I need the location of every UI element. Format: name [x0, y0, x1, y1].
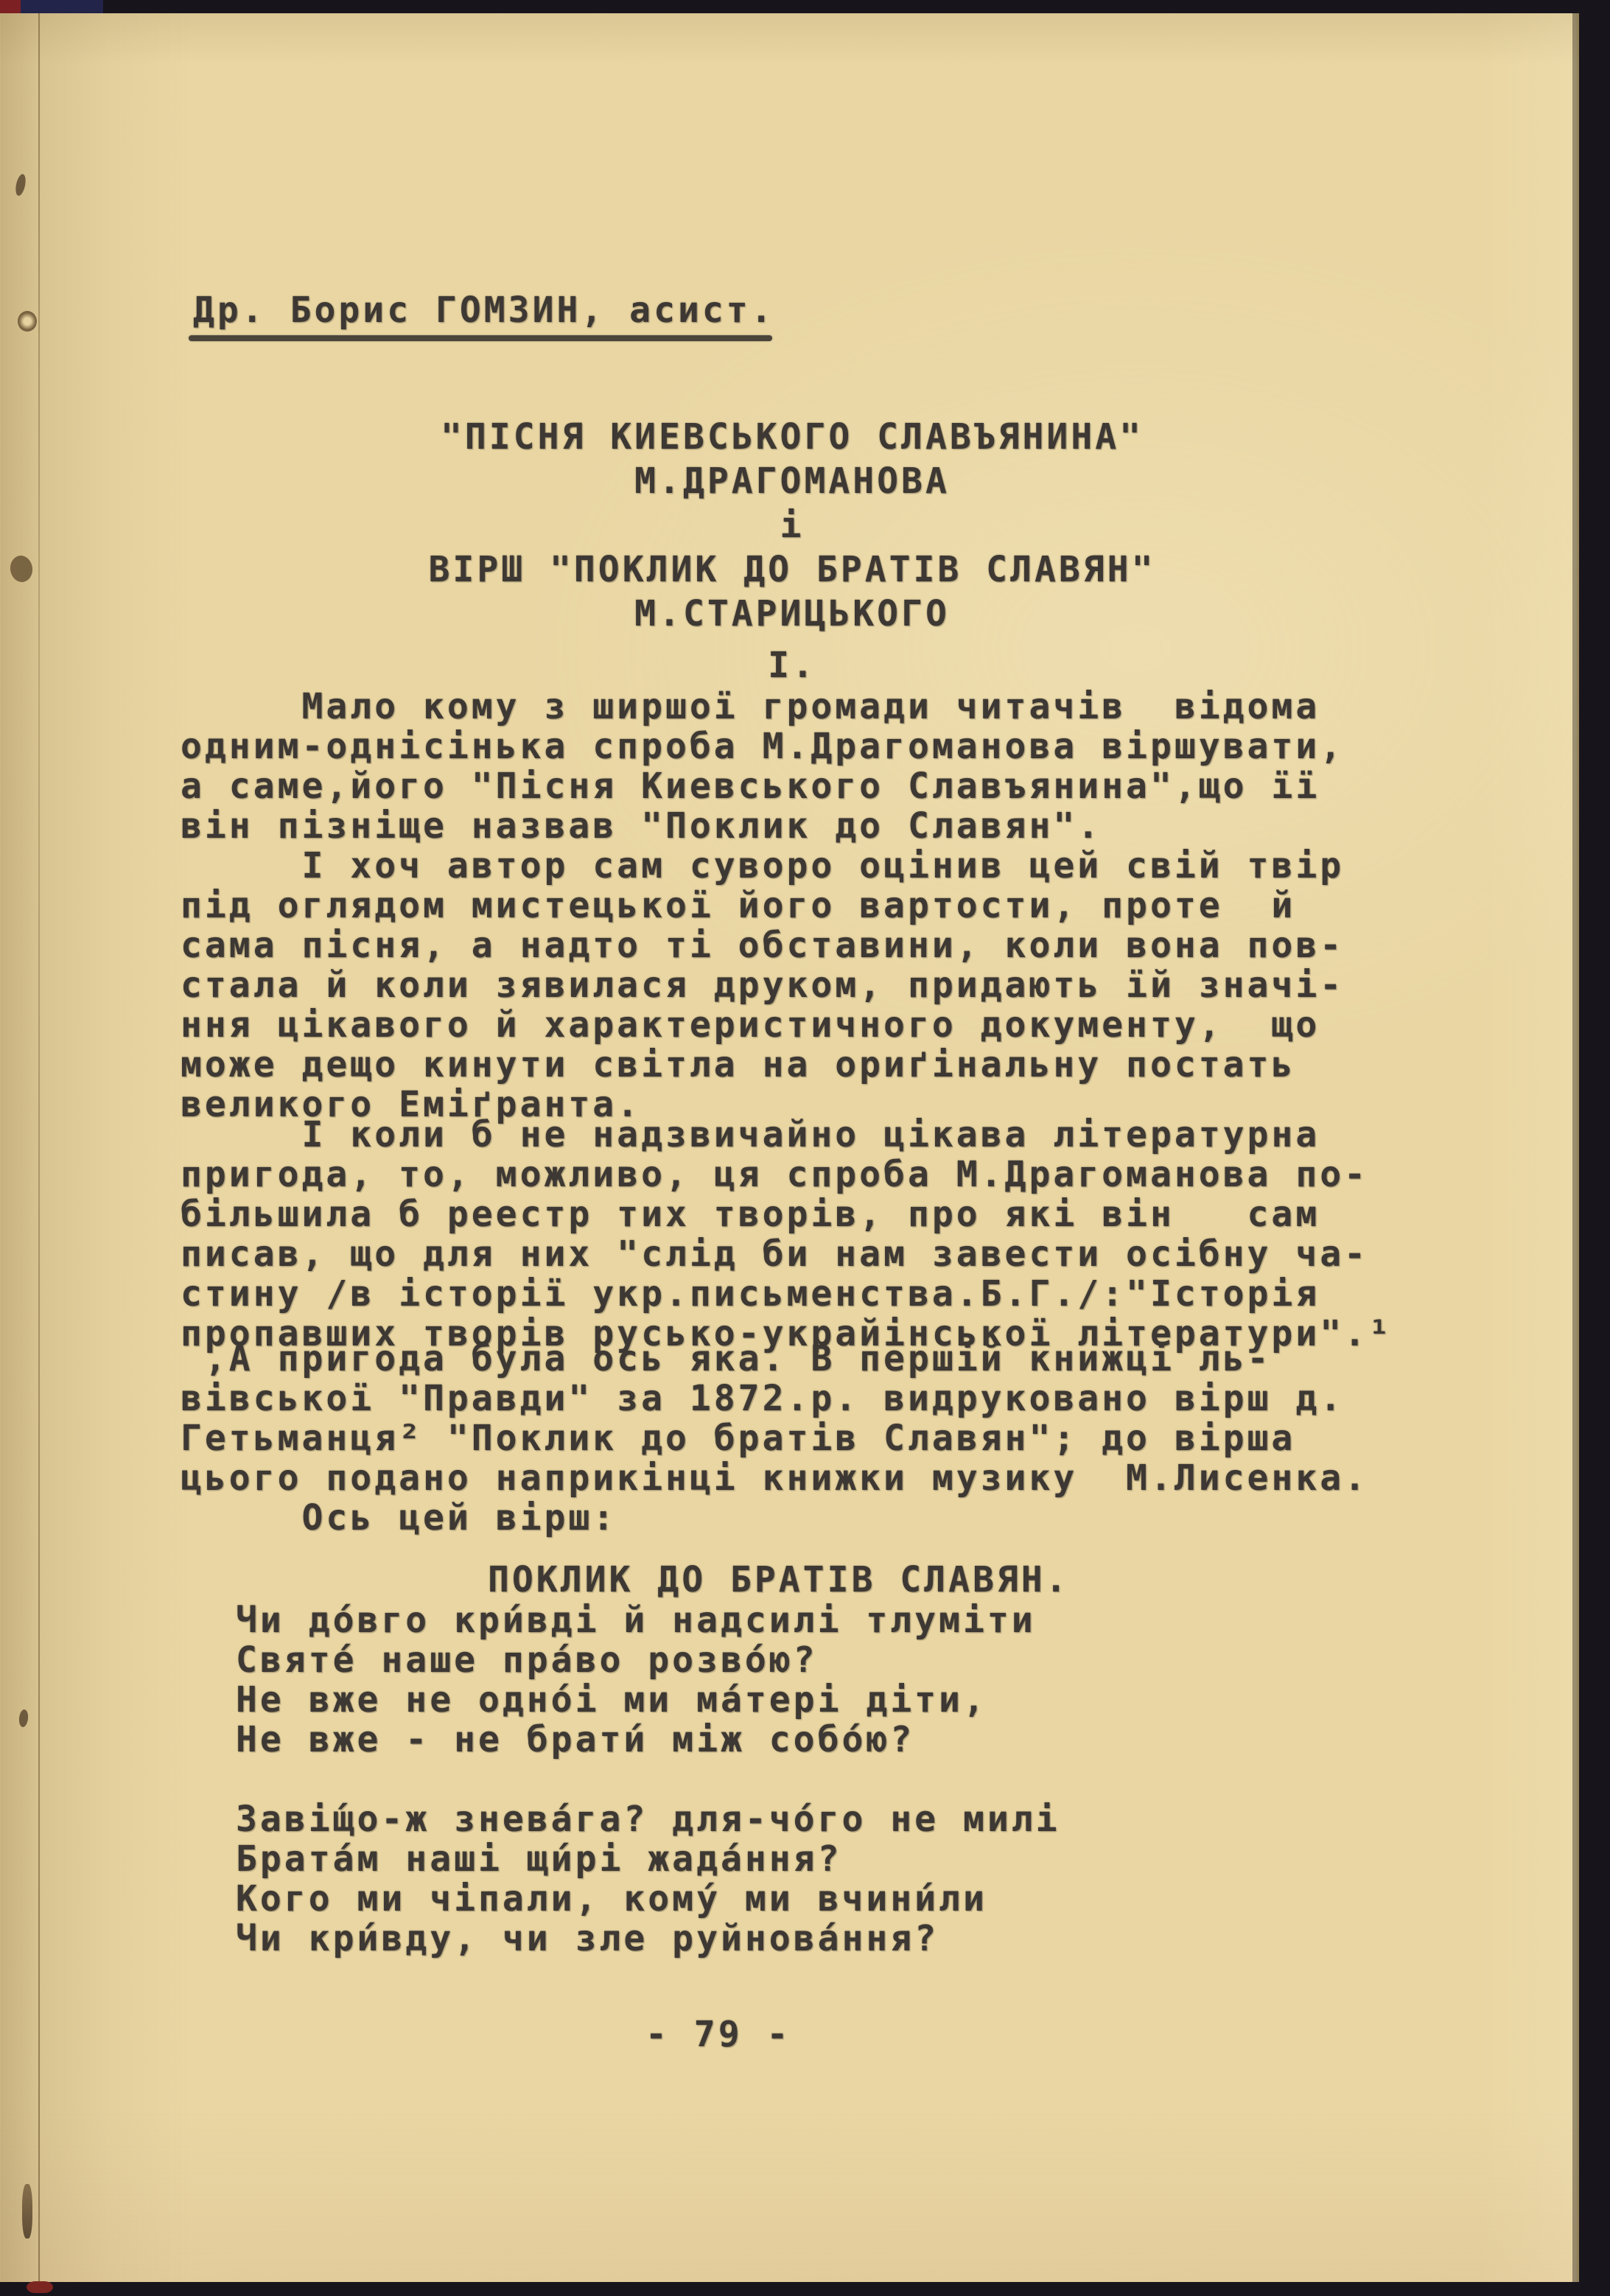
text-line: вівської "Правди" за 1872.р. видруковано…	[181, 1379, 1368, 1418]
poem-title: ПОКЛИК ДО БРАТІВ СЛАВЯН.	[488, 1560, 1070, 1600]
text-line: Гетьманця² "Поклик до братів Славян"; до…	[181, 1418, 1368, 1458]
text-line: І хоч автор сам суворо оцінив цей свій т…	[181, 846, 1344, 886]
text-line: одним-однісінька спроба М.Драгоманова ві…	[181, 727, 1344, 766]
text-line: Святе́ наше пра́во розво́ю?	[236, 1640, 1036, 1680]
binding-thread-red-top	[0, 0, 22, 15]
text-line: більшила б реестр тих творів, про які ві…	[181, 1194, 1393, 1234]
paragraph-3: І коли б не надзвичайно цікава літератур…	[181, 1115, 1393, 1354]
text-line: Чи кри́вду, чи зле руйнова́ння?	[236, 1919, 1060, 1959]
text-line: Чи до́вго кри́вді й надсилі тлуміти	[236, 1600, 1036, 1640]
text-line: може дещо кинути світла на ориґінальну п…	[181, 1045, 1344, 1085]
author-line: Др. Борис ГОМЗИН, асист.	[193, 290, 775, 330]
binding-stitch-knot	[9, 554, 35, 584]
text-line: М.ДРАГОМАНОВА	[81, 461, 1503, 505]
text-line: ВІРШ "ПОКЛИК ДО БРАТІВ СЛАВЯН"	[81, 550, 1503, 594]
text-line: Мало кому з ширшої громади читачів відом…	[181, 687, 1344, 727]
text-line: пригода, то, можливо, ця спроба М.Драгом…	[181, 1155, 1393, 1194]
text-line: сама пісня, а надто ті обставини, коли в…	[181, 925, 1344, 965]
text-line: він пізніще назвав "Поклик до Славян".	[181, 806, 1344, 846]
section-heading: І.	[81, 645, 1503, 685]
text-line: ння цікавого й характеристичного докумен…	[181, 1005, 1344, 1045]
binding-thread-mark	[22, 2184, 32, 2239]
book-page-scan: Др. Борис ГОМЗИН, асист. "ПІСНЯ КИЕВСЬКО…	[0, 0, 1610, 2296]
binding-stitch-mark	[18, 1709, 29, 1727]
document-title: "ПІСНЯ КИЕВСЬКОГО СЛАВЪЯНИНА"М.ДРАГОМАНО…	[81, 417, 1503, 638]
text-line: Кого ми чіпали, кому́ ми вчини́ли	[236, 1879, 1060, 1919]
text-line: цього подано наприкінці книжки музику М.…	[181, 1458, 1368, 1498]
text-line: під оглядом мистецької його вартости, пр…	[181, 886, 1344, 925]
text-line: І коли б не надзвичайно цікава літератур…	[181, 1115, 1393, 1155]
paragraph-4: ‚А пригода була ось яка. В першій книжці…	[181, 1339, 1368, 1538]
text-line: Брата́м наші щи́рі жада́ння?	[236, 1839, 1060, 1879]
text-line: ‚А пригода була ось яка. В першій книжці…	[181, 1339, 1368, 1379]
text-line: Ось цей вірш:	[181, 1498, 1368, 1538]
binding-thread-red-bottom	[27, 2281, 53, 2293]
author-underline	[189, 335, 772, 341]
text-line: Не вже - не брати́ між собо́ю?	[236, 1720, 1036, 1760]
text-line: "ПІСНЯ КИЕВСЬКОГО СЛАВЪЯНИНА"	[81, 417, 1503, 461]
text-line: Не вже не одно́і ми ма́тері діти,	[236, 1680, 1036, 1720]
paragraph-1: Мало кому з ширшої громади читачів відом…	[181, 687, 1344, 846]
text-line: писав, що для них "слід би нам завести о…	[181, 1234, 1393, 1274]
binding-stitch-hole	[18, 311, 37, 332]
text-line: стину /в історії укр.письменства.Б.Г./:"…	[181, 1274, 1393, 1314]
text-line: і	[81, 505, 1503, 550]
binding-crease	[38, 13, 40, 2282]
text-line: Заві́що-ж знева́га? для-чо́го не милі	[236, 1799, 1060, 1839]
text-line: а саме,його "Пісня Киевського Славъянина…	[181, 766, 1344, 806]
poem-stanza-2: Заві́що-ж знева́га? для-чо́го не миліБра…	[236, 1799, 1060, 1959]
poem-stanza-1: Чи до́вго кри́вді й надсилі тлумітиСвяте…	[236, 1600, 1036, 1760]
text-line: М.СТАРИЦЬКОГО	[81, 594, 1503, 638]
text-line: стала й коли зявилася друком, придають ї…	[181, 965, 1344, 1005]
binding-stitch-mark	[14, 173, 27, 197]
page-number: - 79 -	[645, 2015, 791, 2054]
paper-page: Др. Борис ГОМЗИН, асист. "ПІСНЯ КИЕВСЬКО…	[0, 13, 1579, 2282]
paragraph-2: І хоч автор сам суворо оцінив цей свій т…	[181, 846, 1344, 1124]
